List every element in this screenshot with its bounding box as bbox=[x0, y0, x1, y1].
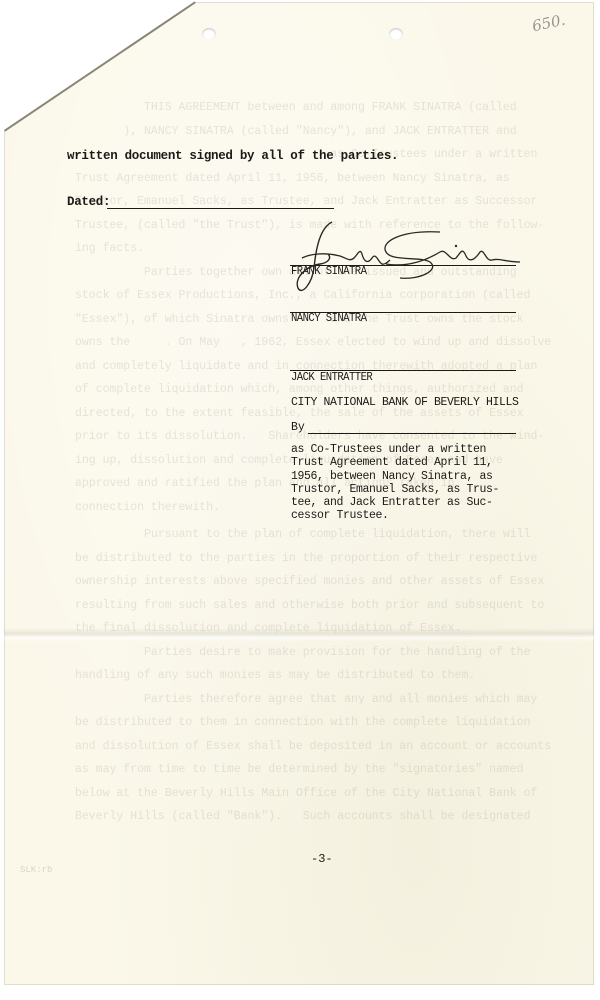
dated-blank-line bbox=[107, 208, 334, 209]
dated-label: Dated: bbox=[67, 195, 110, 209]
trustee-clause-line: 1956, between Nancy Sinatra, as bbox=[291, 470, 531, 483]
punch-hole-icon bbox=[389, 28, 403, 40]
paper-fold-crease bbox=[4, 628, 594, 642]
by-label: By bbox=[291, 421, 305, 434]
trustee-clause-line: Trust Agreement dated April 11, bbox=[291, 456, 531, 469]
trustee-clause-line: tee, and Jack Entratter as Suc- bbox=[291, 496, 531, 509]
signatory-name-jack: JACK ENTRATTER bbox=[291, 371, 372, 384]
trustee-clause-line: Trustor, Emanuel Sacks, as Trus- bbox=[291, 483, 531, 496]
bank-name: CITY NATIONAL BANK OF BEVERLY HILLS bbox=[291, 396, 519, 409]
trustee-clause-line: as Co-Trustees under a written bbox=[291, 443, 531, 456]
signatory-name-frank: FRANK SINATRA bbox=[291, 265, 366, 278]
trustee-clause-line: cessor Trustee. bbox=[291, 509, 531, 522]
closing-sentence: written document signed by all of the pa… bbox=[67, 149, 398, 163]
show-through-text-bottom: Pursuant to the plan of complete liquida… bbox=[75, 523, 551, 829]
typist-initials: SLK:rb bbox=[20, 865, 52, 875]
punch-hole-icon bbox=[202, 28, 216, 40]
bank-signature-line bbox=[308, 433, 516, 434]
trustee-clause: as Co-Trustees under a written Trust Agr… bbox=[291, 443, 531, 523]
page-number: -3- bbox=[311, 852, 333, 866]
signatory-name-nancy: NANCY SINATRA bbox=[291, 312, 366, 325]
